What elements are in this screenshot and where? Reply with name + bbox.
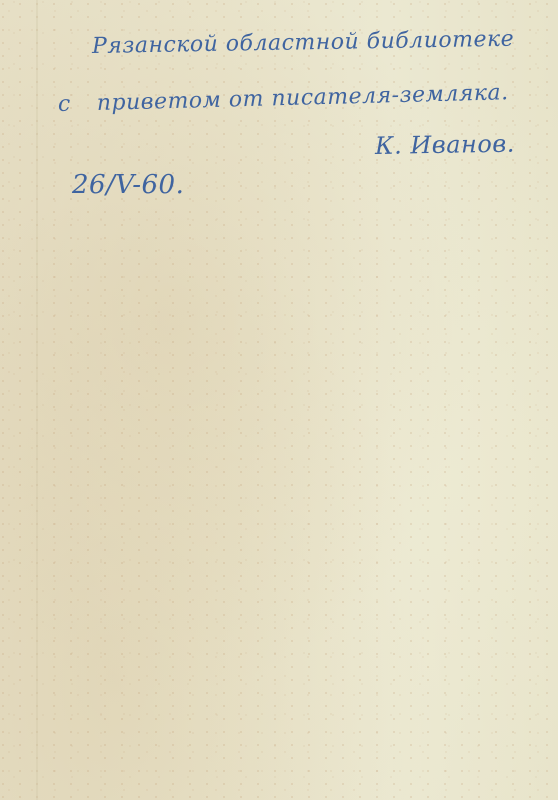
author-signature: К. Иванов. [375, 130, 515, 160]
paper-fold-line [36, 0, 38, 800]
paper-texture [0, 0, 558, 800]
inscription-date: 26/V-60. [72, 170, 184, 200]
inscription-line-dedication: Рязанской областной библиотеке [92, 27, 515, 59]
inscription-prefix: с [58, 92, 71, 117]
inscription-line-greeting: сприветом от писателя-земляка. [58, 80, 509, 117]
inscription-greeting-text: приветом от писателя-земляка. [96, 80, 508, 116]
scanned-page: Рязанской областной библиотеке сприветом… [0, 0, 558, 800]
